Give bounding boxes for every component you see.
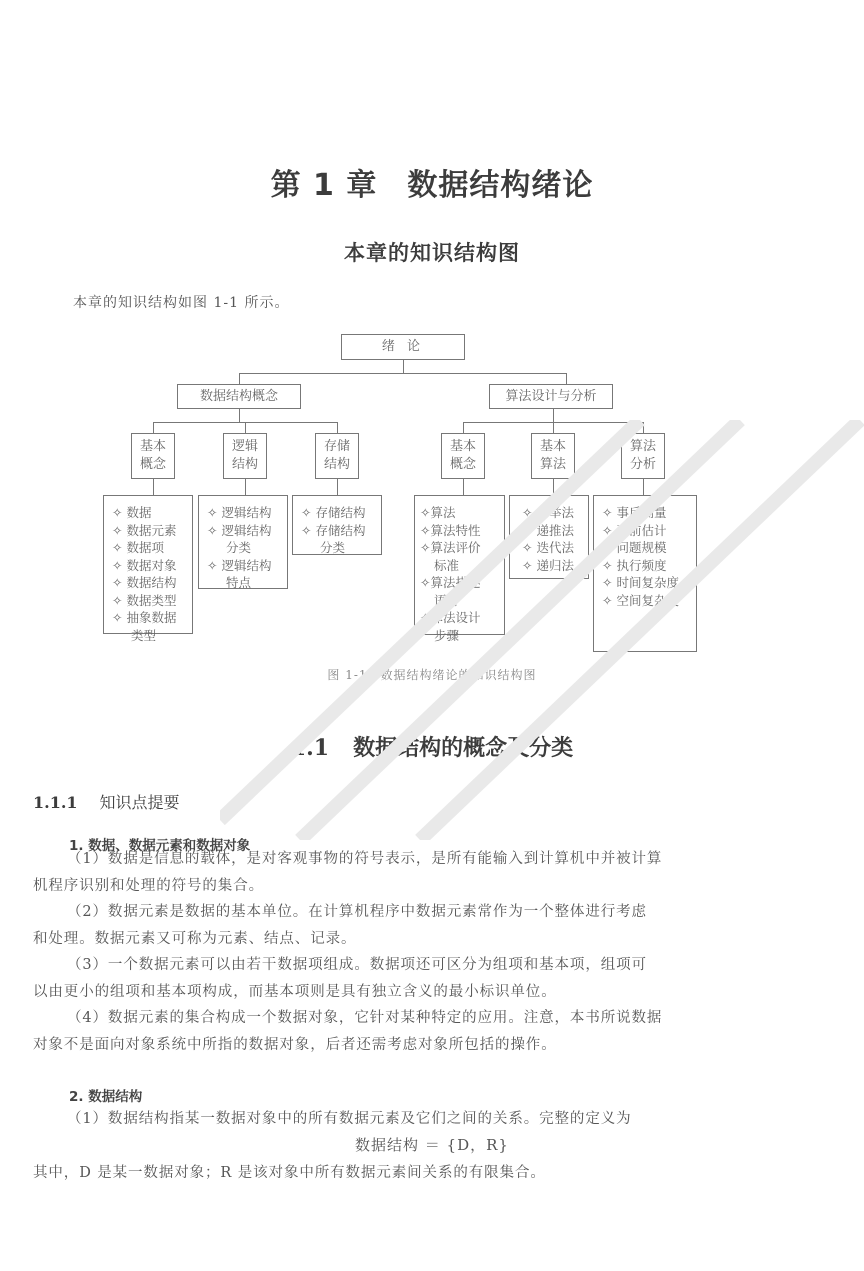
connector [643,479,644,495]
node-label-line: 结构 [224,456,266,474]
list-item-text: 空间复杂度 [616,593,679,608]
list-item: ✧ 事前估计 [602,522,692,540]
connector [463,479,464,495]
subsection-title: 知识点提要 [100,793,180,812]
subsection-heading: 1.1.1知识点提要 [33,790,180,813]
list-item: ✧ 存储结构 [301,522,377,540]
list-item-text: 算法设计 [430,610,480,625]
list-item: ✧ 执行频度 [602,557,692,575]
connector [553,409,554,422]
list-item-text: 事后测量 [616,505,666,520]
connector [553,479,554,495]
list-item: ✧算法特性 [420,522,500,540]
connector [337,479,338,495]
list-item-text: 数据对象 [126,558,176,573]
list-item-text: 存储结构 [315,505,365,520]
diamond-bullet-icon: ✧ [522,523,532,538]
node-label-line: 基本 [132,438,174,456]
diamond-bullet-icon: ✧ [420,505,430,520]
list-item: ✧ 数据项 [112,539,188,557]
watermark-decoration [220,420,864,840]
node-label-line: 算法 [532,456,574,474]
subsection-number: 1.1.1 [33,793,78,812]
list-item-text: 递推法 [536,523,574,538]
list-item-text: 算法评价 [430,540,480,555]
connector [403,360,404,373]
connector [566,373,567,384]
diagram-node-basic-concept: 基本 概念 [131,433,175,479]
root-label: 绪 论 [382,339,424,354]
list-item-continuation: 语言 [420,592,500,610]
list-item: ✧ 问题规模 [602,539,692,557]
list-item: ✧ 数据 [112,504,188,522]
list-item-text: 问题规模 [616,540,666,555]
list-item: ✧ 时间复杂度 [602,574,692,592]
diamond-bullet-icon: ✧ [112,575,122,590]
connector [239,409,240,422]
list-item-text: 逻辑结构 [221,523,271,538]
node-label-line: 分析 [622,456,664,474]
list-item: ✧ 穷举法 [522,504,584,522]
list-item: ✧ 数据元素 [112,522,188,540]
list-item-text: 抽象数据 [126,610,176,625]
node-label-line: 基本 [532,438,574,456]
list-item-text: 数据 [126,505,151,520]
diamond-bullet-icon: ✧ [602,558,612,573]
diagram-node-basic-algorithms: 基本 算法 [531,433,575,479]
list-item-text: 数据类型 [126,593,176,608]
list-item-text: 逻辑结构 [221,558,271,573]
diagram-node-logical-structure: 逻辑 结构 [223,433,267,479]
diamond-bullet-icon: ✧ [602,540,612,555]
node-label-line: 概念 [132,456,174,474]
list-item-text: 事前估计 [616,523,666,538]
list-item: ✧ 事后测量 [602,504,692,522]
list-item-text: 穷举法 [536,505,574,520]
connector [337,422,338,433]
diamond-bullet-icon: ✧ [420,575,430,590]
list-item-text: 数据项 [126,540,164,555]
list-item-continuation: 步骤 [420,627,500,645]
diamond-bullet-icon: ✧ [602,593,612,608]
diamond-bullet-icon: ✧ [207,558,217,573]
list-item: ✧算法评价 [420,539,500,557]
list-item-text: 算法 [430,505,455,520]
list-item: ✧算法 [420,504,500,522]
node-label-line: 结构 [316,456,358,474]
diamond-bullet-icon: ✧ [522,558,532,573]
diagram-list-basic-algorithms: ✧ 穷举法 ✧ 递推法 ✧ 迭代法 ✧ 递归法 [509,495,589,579]
diamond-bullet-icon: ✧ [301,523,311,538]
chapter-name: 数据结构绪论 [407,168,593,203]
diamond-bullet-icon: ✧ [420,610,430,625]
list-item-text: 数据元素 [126,523,176,538]
diagram-branch-algorithm-design: 算法设计与分析 [489,384,613,409]
connector [245,422,246,433]
paragraph-line: 对象不是面向对象系统中所指的数据对象，后者还需考虑对象所包括的操作。 [33,1032,793,1059]
list-item: ✧ 数据对象 [112,557,188,575]
list-item: ✧ 逻辑结构 [207,504,283,522]
paragraph-line: （4）数据元素的集合构成一个数据对象，它针对某种特定的应用。注意，本书所说数据 [33,1005,793,1032]
list-item-continuation: 分类 [207,539,283,557]
list-item-continuation: 特点 [207,574,283,592]
item-1-body: （1）数据是信息的载体，是对客观事物的符号表示，是所有能输入到计算机中并被计算 … [33,846,793,1058]
paragraph-line: 机程序识别和处理的符号的集合。 [33,873,793,900]
diamond-bullet-icon: ✧ [420,540,430,555]
diagram-list-algorithm-basic-concept: ✧算法 ✧算法特性 ✧算法评价 标准 ✧算法描述 语言 ✧算法设计 步骤 [414,495,505,635]
formula: 数据结构 ＝ {D，R} [0,1134,864,1155]
list-item: ✧ 逻辑结构 [207,557,283,575]
item-2-definition: 其中，D 是某一数据对象；R 是该对象中所有数据元素间关系的有限集合。 [33,1160,793,1187]
list-item-text: 执行频度 [616,558,666,573]
diamond-bullet-icon: ✧ [112,505,122,520]
diagram-root-node: 绪 论 [341,334,465,360]
list-item: ✧ 数据结构 [112,574,188,592]
list-item-text: 逻辑结构 [221,505,271,520]
section-title: 数据结构的概念及分类 [353,735,573,761]
paragraph-line: 其中，D 是某一数据对象；R 是该对象中所有数据元素间关系的有限集合。 [33,1160,793,1187]
list-item-text: 数据结构 [126,575,176,590]
branch-label: 算法设计与分析 [505,389,596,404]
diagram-list-logical-structure: ✧ 逻辑结构 ✧ 逻辑结构 分类 ✧ 逻辑结构 特点 [198,495,288,589]
connector [245,479,246,495]
list-item: ✧ 存储结构 [301,504,377,522]
connector [553,422,554,433]
diamond-bullet-icon: ✧ [522,540,532,555]
connector [153,479,154,495]
diagram-node-storage-structure: 存储 结构 [315,433,359,479]
paragraph-line: （1）数据结构指某一数据对象中的所有数据元素及它们之间的关系。完整的定义为 [33,1106,793,1133]
diamond-bullet-icon: ✧ [602,523,612,538]
diamond-bullet-icon: ✧ [207,505,217,520]
chapter-title: 第 1 章数据结构绪论 [0,160,864,204]
list-item-continuation: 分类 [301,539,377,557]
list-item: ✧ 递推法 [522,522,584,540]
diagram-branch-data-structure-concept: 数据结构概念 [177,384,301,409]
diamond-bullet-icon: ✧ [112,540,122,555]
paragraph-line: （2）数据元素是数据的基本单位。在计算机程序中数据元素常作为一个整体进行考虑 [33,899,793,926]
node-label-line: 算法 [622,438,664,456]
node-label-line: 基本 [442,438,484,456]
connector [463,422,464,433]
diamond-bullet-icon: ✧ [112,523,122,538]
branch-label: 数据结构概念 [200,389,278,404]
paragraph-line: （1）数据是信息的载体，是对客观事物的符号表示，是所有能输入到计算机中并被计算 [33,846,793,873]
paragraph-line: 以由更小的组项和基本项构成，而基本项则是具有独立含义的最小标识单位。 [33,979,793,1006]
connector [643,422,644,433]
list-item: ✧算法描述 [420,574,500,592]
list-item: ✧ 迭代法 [522,539,584,557]
figure-caption: 图 1-1 数据结构绪论的知识结构图 [0,666,864,683]
chapter-number: 第 1 章 [271,168,378,203]
diagram-list-basic-concept: ✧ 数据 ✧ 数据元素 ✧ 数据项 ✧ 数据对象 ✧ 数据结构 ✧ 数据类型 ✧… [103,495,193,634]
paragraph-line: 和处理。数据元素又可称为元素、结点、记录。 [33,926,793,953]
list-item-text: 递归法 [536,558,574,573]
diamond-bullet-icon: ✧ [112,593,122,608]
diamond-bullet-icon: ✧ [301,505,311,520]
diamond-bullet-icon: ✧ [420,523,430,538]
knowledge-map-heading: 本章的知识结构图 [0,237,864,267]
diagram-node-algorithm-analysis: 算法 分析 [621,433,665,479]
node-label-line: 存储 [316,438,358,456]
connector [153,422,154,433]
diagram-list-algorithm-analysis: ✧ 事后测量 ✧ 事前估计 ✧ 问题规模 ✧ 执行频度 ✧ 时间复杂度 ✧ 空间… [593,495,697,652]
diamond-bullet-icon: ✧ [112,610,122,625]
list-item-continuation: 标准 [420,557,500,575]
diagram-node-algorithm-basic-concept: 基本 概念 [441,433,485,479]
list-item: ✧ 空间复杂度 [602,592,692,610]
diamond-bullet-icon: ✧ [112,558,122,573]
list-item: ✧ 递归法 [522,557,584,575]
list-item: ✧ 逻辑结构 [207,522,283,540]
knowledge-map-intro: 本章的知识结构如图 1-1 所示。 [73,292,289,312]
diamond-bullet-icon: ✧ [602,505,612,520]
section-number: 1.1 [291,735,329,761]
list-item-text: 存储结构 [315,523,365,538]
diagram-list-storage-structure: ✧ 存储结构 ✧ 存储结构 分类 [292,495,382,555]
list-item-text: 算法描述 [430,575,480,590]
list-item: ✧算法设计 [420,609,500,627]
node-label-line: 概念 [442,456,484,474]
node-label-line: 逻辑 [224,438,266,456]
list-item: ✧ 抽象数据 [112,609,188,627]
list-item: ✧ 数据类型 [112,592,188,610]
diamond-bullet-icon: ✧ [602,575,612,590]
diamond-bullet-icon: ✧ [207,523,217,538]
connector [239,373,240,384]
list-item-continuation: 类型 [112,627,188,645]
list-item-text: 算法特性 [430,523,480,538]
item-heading-2: 2. 数据结构 [69,1085,142,1105]
diamond-bullet-icon: ✧ [522,505,532,520]
list-item-text: 迭代法 [536,540,574,555]
list-item-text: 时间复杂度 [616,575,679,590]
paragraph-line: （3）一个数据元素可以由若干数据项组成。数据项还可区分为组项和基本项，组项可 [33,952,793,979]
connector [239,373,566,374]
item-2-body: （1）数据结构指某一数据对象中的所有数据元素及它们之间的关系。完整的定义为 [33,1106,793,1133]
section-heading: 1.1数据结构的概念及分类 [0,731,864,762]
